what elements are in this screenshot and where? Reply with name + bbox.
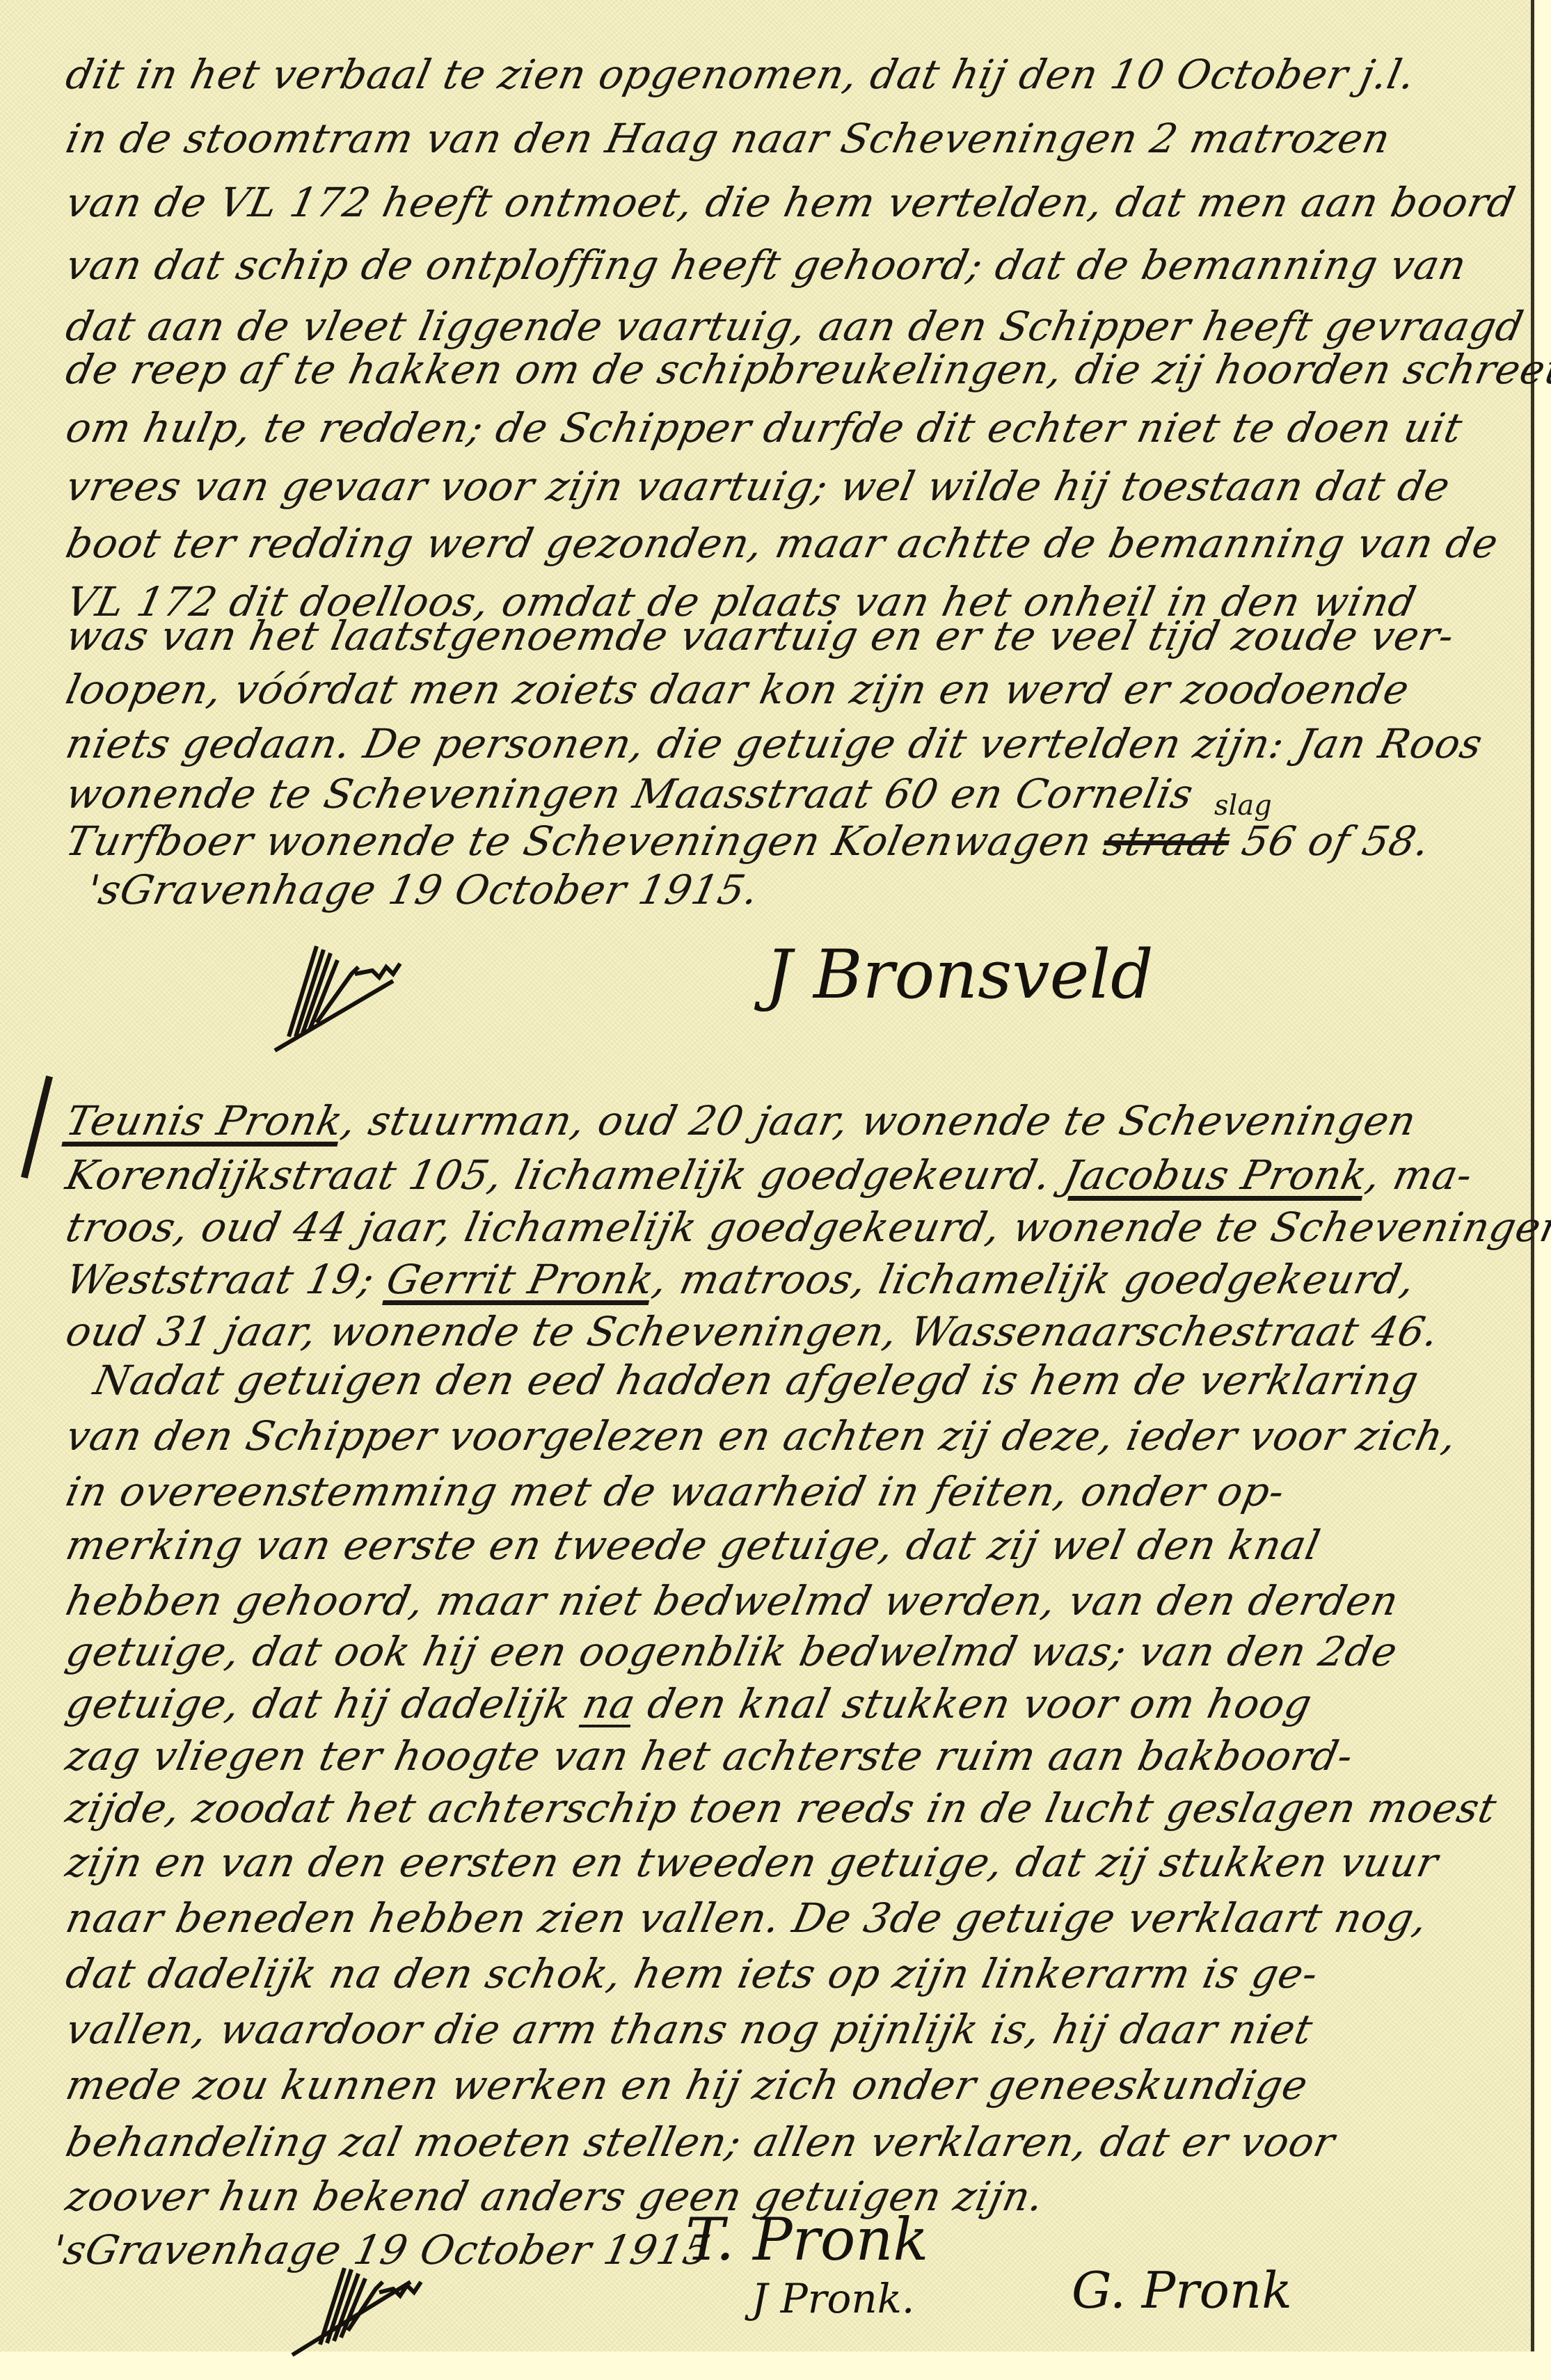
text-line: getuige, dat hij dadelijk na den knal st… — [63, 1684, 1511, 1724]
text-line: getuige, dat ook hij een oogenblik bedwe… — [63, 1631, 1511, 1672]
text-line: de reep af te hakken om de schipbreukeli… — [63, 349, 1511, 390]
official-signature-scribble — [278, 2261, 438, 2358]
text-line: van dat schip de ontploffing heeft gehoo… — [63, 245, 1511, 285]
witness-name: Gerrit Pronk — [383, 1256, 659, 1303]
signature-g-pronk: G. Pronk — [1072, 2261, 1292, 2319]
line-text: Turfboer wonende te Scheveningen Kolenwa… — [62, 817, 1096, 865]
line-text: Korendijkstraat 105, lichamelijk goedgek… — [62, 1151, 1056, 1199]
text-line: vrees van gevaar voor zijn vaartuig; wel… — [63, 466, 1511, 506]
inserted-word: slag — [1214, 790, 1272, 822]
text-line: dat dadelijk na den schok, hem iets op z… — [63, 1954, 1511, 1994]
text-line: wonende te Scheveningen Maasstraat 60 en… — [63, 774, 1511, 814]
line-text: Weststraat 19; — [62, 1256, 379, 1303]
line-text: , stuurman, oud 20 jaar, wonende te Sche… — [337, 1097, 1421, 1144]
text-line: loopen, vóórdat men zoiets daar kon zijn… — [63, 669, 1511, 710]
text-line: om hulp, te redden; de Schipper durfde d… — [63, 408, 1511, 448]
text-line: Teunis Pronk, stuurman, oud 20 jaar, won… — [63, 1101, 1511, 1141]
text-line: Turfboer wonende te Scheveningen Kolenwa… — [63, 821, 1434, 861]
text-line: troos, oud 44 jaar, lichamelijk goedgeke… — [63, 1207, 1511, 1247]
text-line: behandeling zal moeten stellen; allen ve… — [63, 2122, 1511, 2162]
document-page: dit in het verbaal te zien opgenomen, da… — [0, 0, 1534, 2351]
text-line: zijn en van den eersten en tweeden getui… — [63, 1842, 1511, 1883]
text-line: mede zou kunnen werken en hij zich onder… — [63, 2065, 1511, 2105]
signature-t-pronk: T. Pronk — [685, 2205, 928, 2274]
struck-word: straat — [1099, 817, 1234, 865]
text-line: in de stoomtram van den Haag naar Scheve… — [63, 118, 1511, 159]
house-numbers: 56 of 58. — [1238, 817, 1435, 865]
text-line: zag vliegen ter hoogte van het achterste… — [63, 1736, 1511, 1776]
text-line: oud 31 jaar, wonende te Scheveningen, Wa… — [63, 1311, 1511, 1352]
text-line: van de VL 172 heeft ontmoet, die hem ver… — [63, 182, 1511, 223]
text-line: vallen, waardoor die arm thans nog pijnl… — [63, 2009, 1511, 2050]
signature-j-pronk: J Pronk. — [751, 2275, 914, 2322]
text-line: dit in het verbaal te zien opgenomen, da… — [63, 54, 1511, 95]
witness-name: Teunis Pronk — [62, 1097, 348, 1144]
text-line: Weststraat 19; Gerrit Pronk, matroos, li… — [63, 1259, 1511, 1300]
line-text: den knal stukken voor om hoog — [644, 1680, 1317, 1727]
underlined-word: na — [579, 1680, 640, 1727]
official-signature-scribble — [247, 939, 428, 1064]
text-line: Nadat getuigen den eed hadden afgelegd i… — [90, 1360, 1511, 1400]
text-line: in overeenstemming met de waarheid in fe… — [63, 1471, 1511, 1512]
date-line: 'sGravenhage 19 October 1915. — [83, 870, 1511, 910]
text-line: van den Schipper voorgelezen en achten z… — [63, 1416, 1511, 1456]
signature-bronsveld: J Bronsveld — [765, 936, 1154, 1014]
margin-mark — [21, 1076, 53, 1179]
text-line: boot ter redding werd gezonden, maar ach… — [63, 523, 1511, 564]
witness-name: Jacobus Pronk — [1059, 1151, 1372, 1199]
line-text: , matroos, lichamelijk goedgekeurd, — [649, 1256, 1419, 1303]
text-line: merking van eerste en tweede getuige, da… — [63, 1525, 1511, 1565]
text-line: dat aan de vleet liggende vaartuig, aan … — [63, 306, 1511, 346]
line-text: getuige, dat hij dadelijk — [62, 1680, 575, 1727]
text-line: was van het laatstgenoemde vaartuig en e… — [63, 616, 1511, 656]
text-line: zijde, zoodat het achterschip toen reeds… — [63, 1788, 1511, 1828]
text-line: Korendijkstraat 105, lichamelijk goedgek… — [63, 1155, 1511, 1195]
text-line: naar beneden hebben zien vallen. De 3de … — [63, 1898, 1511, 1938]
line-text: , ma- — [1362, 1151, 1477, 1199]
text-line: hebben gehoord, maar niet bedwelmd werde… — [63, 1581, 1511, 1621]
text-line: niets gedaan. De personen, die getuige d… — [63, 724, 1511, 764]
